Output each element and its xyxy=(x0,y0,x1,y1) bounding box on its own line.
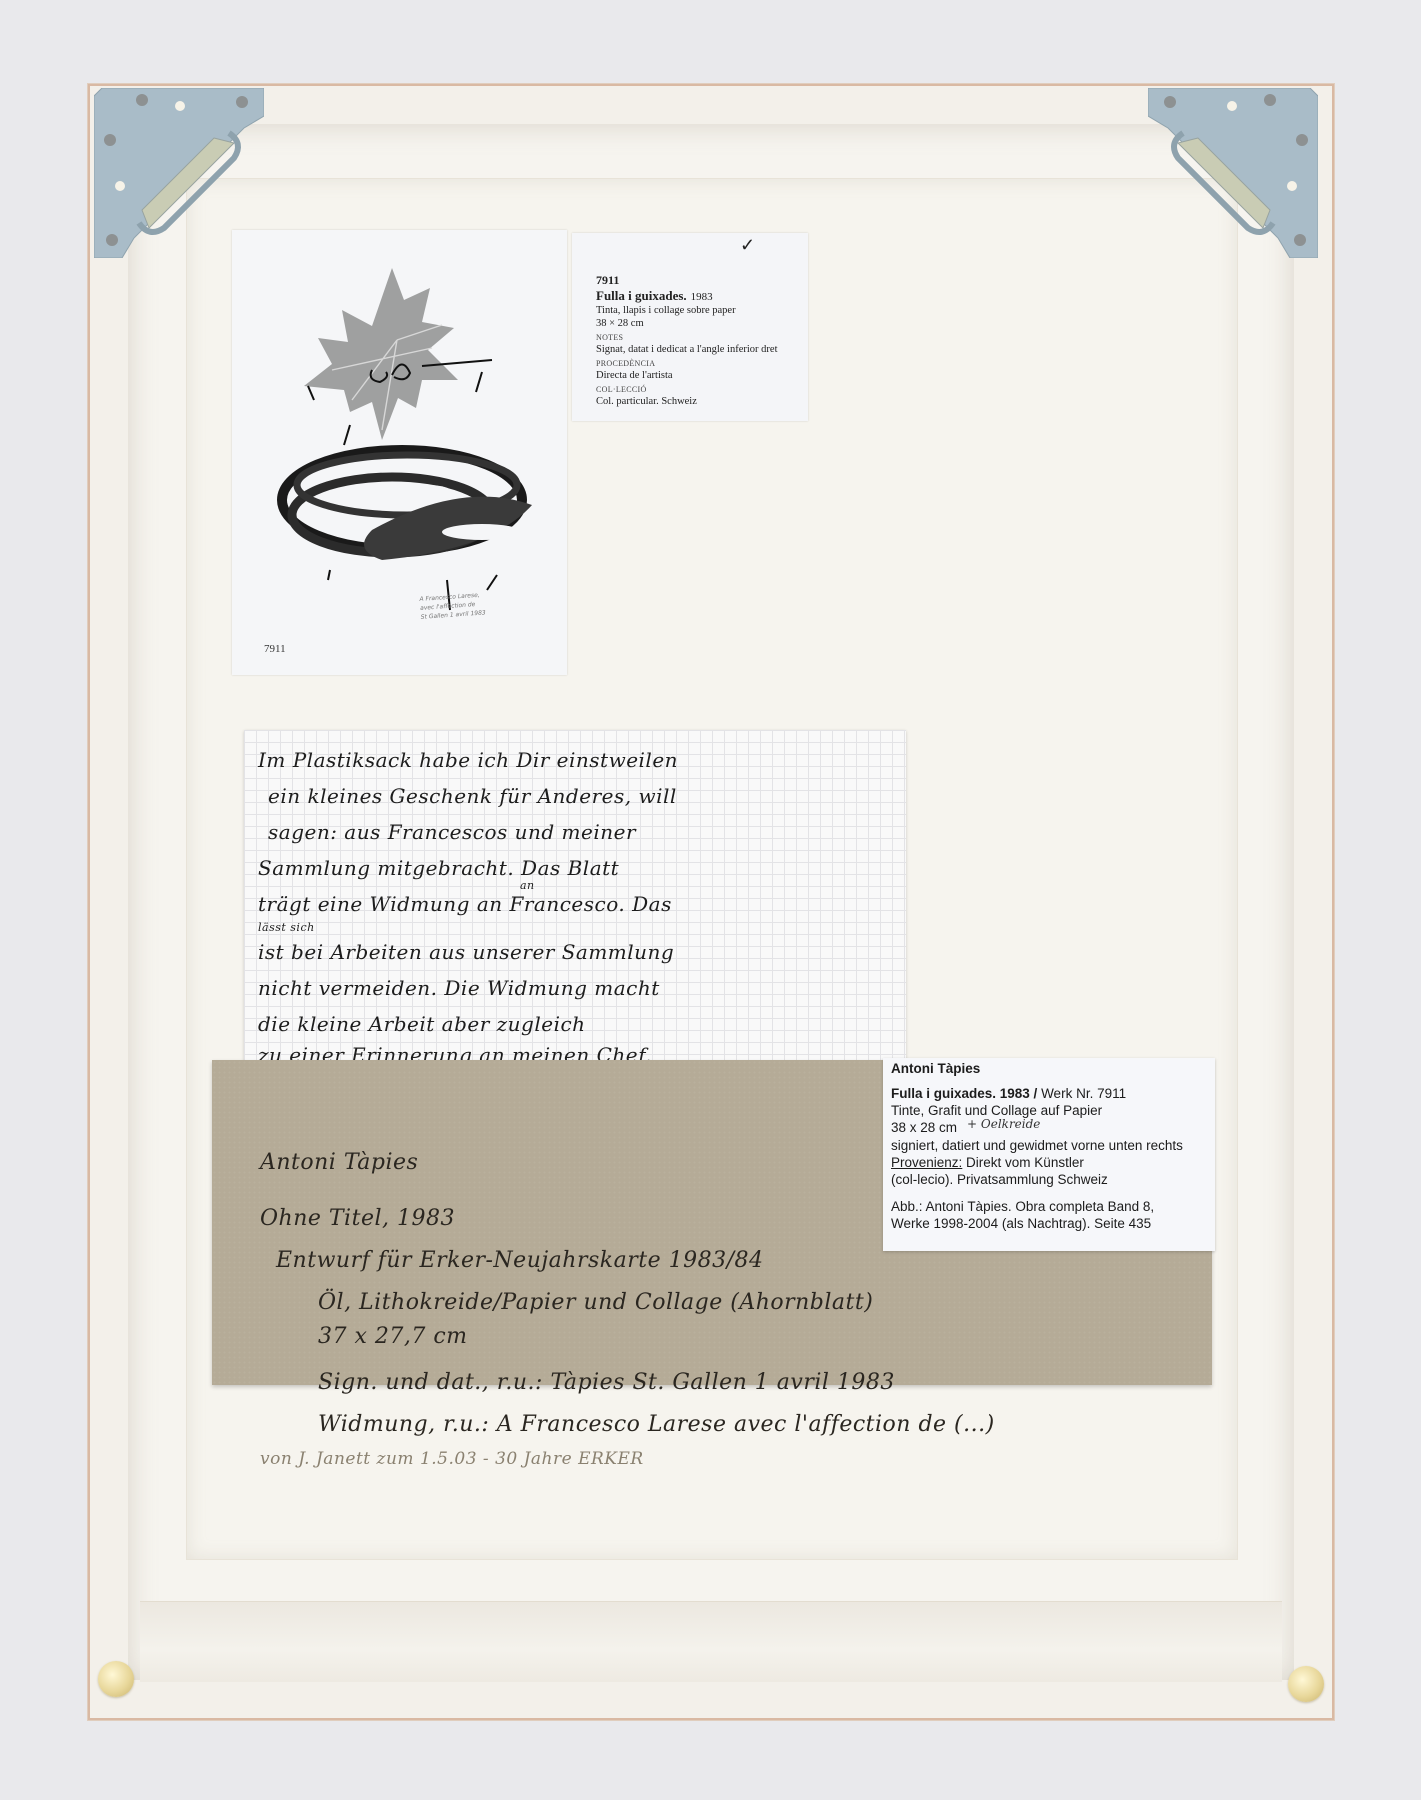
frame-bottom-rail xyxy=(140,1601,1282,1682)
note-line: die kleine Arbeit aber zugleich xyxy=(258,1006,892,1042)
card-line: 37 x 27,7 cm xyxy=(260,1324,1212,1350)
bumper-pad-icon xyxy=(98,1661,134,1697)
card-line: Sign. und dat., r.u.: Tàpies St. Gallen … xyxy=(260,1362,1212,1404)
label-provenance: Provenienz: Direkt vom Künstler xyxy=(891,1154,1215,1171)
provenance-heading: PROCEDÈNCIA xyxy=(596,358,808,369)
label-provenance-cont: (col-lecio). Privatsammlung Schweiz xyxy=(891,1171,1215,1188)
german-catalogue-label: Antoni Tàpies Fulla i guixades. 1983 / W… xyxy=(883,1058,1215,1251)
label-dimensions: 38 x 28 cm+ Oelkreide xyxy=(891,1119,1215,1137)
note-line: trägt eine Widmung an Francesco. Das an xyxy=(258,886,892,922)
provenance-text: Directa de l'artista xyxy=(596,369,808,382)
note-line: nicht vermeiden. Die Widmung macht xyxy=(258,970,892,1006)
note-line: ein kleines Geschenk für Anderes, will xyxy=(258,778,892,814)
note-margin-insert: lässt sich xyxy=(258,922,892,934)
artwork-photo-card: A Francesco Larese, avec l'affection de … xyxy=(232,230,567,675)
label-artist: Antoni Tàpies xyxy=(891,1060,1215,1077)
card-pencil-note: von J. Janett zum 1.5.03 - 30 Jahre ERKE… xyxy=(260,1446,1212,1472)
note-insertion: an xyxy=(520,880,535,892)
note-line: ist bei Arbeiten aus unserer Sammlung xyxy=(258,934,892,970)
note-line: sagen: aus Francescos und meiner xyxy=(258,814,892,850)
label-medium: Tinte, Grafit und Collage auf Papier xyxy=(891,1102,1215,1119)
bumper-pad-icon xyxy=(1288,1666,1324,1702)
collection-text: Col. particular. Schweiz xyxy=(596,395,808,408)
card-line: Widmung, r.u.: A Francesco Larese avec l… xyxy=(260,1404,1212,1446)
label-number: 7911 xyxy=(596,273,808,288)
notes-heading: NOTES xyxy=(596,332,808,343)
collection-heading: COL·LECCIÓ xyxy=(596,384,808,395)
note-line: Im Plastiksack habe ich Dir einstweilen xyxy=(258,742,892,778)
label-reference: Abb.: Antoni Tàpies. Obra completa Band … xyxy=(891,1198,1215,1215)
catalogue-number: 7911 xyxy=(264,643,286,655)
notes-text: Signat, datat i dedicat a l'angle inferi… xyxy=(596,343,808,356)
label-medium: Tinta, llapis i collage sobre paper xyxy=(596,304,808,317)
checkmark-icon: ✓ xyxy=(740,235,755,256)
label-title: Fulla i guixades.1983 xyxy=(596,288,808,304)
label-title-line: Fulla i guixades. 1983 / Werk Nr. 7911 xyxy=(891,1085,1215,1102)
handwritten-addition: + Oelkreide xyxy=(967,1117,1040,1131)
label-inscription: signiert, datiert und gewidmet vorne unt… xyxy=(891,1137,1215,1154)
label-reference: Werke 1998-2004 (als Nachtrag). Seite 43… xyxy=(891,1215,1215,1232)
catalan-catalogue-label: ✓ 7911 Fulla i guixades.1983 Tinta, llap… xyxy=(572,233,808,421)
corner-bracket-icon xyxy=(1148,88,1318,258)
note-line: Sammlung mitgebracht. Das Blatt xyxy=(258,850,892,886)
card-line: Öl, Lithokreide/Papier und Collage (Ahor… xyxy=(260,1282,1212,1324)
handwritten-grid-note: Im Plastiksack habe ich Dir einstweilen … xyxy=(244,730,906,1065)
label-dimensions: 38 × 28 cm xyxy=(596,317,808,330)
